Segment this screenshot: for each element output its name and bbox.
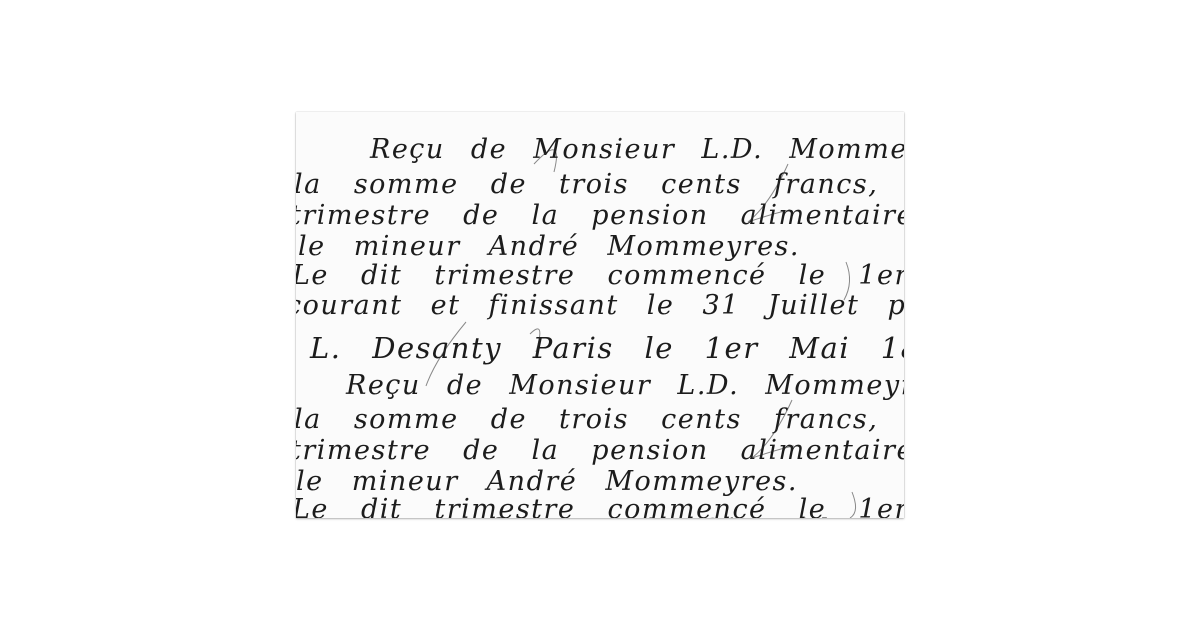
handwriting-line: courant et finissant le 31 Juillet proch…: [296, 516, 904, 518]
handwriting-line: Le dit trimestre commencé le 1er Mai: [296, 262, 904, 289]
handwritten-paper-sheet: Reçu de Monsieur L.D. Mommeyres la somme…: [296, 112, 904, 518]
handwriting-line: Reçu de Monsieur L.D. Mommeyres: [346, 372, 904, 399]
product-canvas: Reçu de Monsieur L.D. Mommeyres la somme…: [0, 0, 1200, 630]
handwriting-line: la somme de trois cents francs, pour un: [296, 171, 904, 198]
handwriting-line: courant et finissant le 31 Juillet proch…: [296, 292, 904, 319]
handwriting-line: le mineur André Mommeyres.: [296, 468, 798, 495]
handwriting-line: trimestre de la pension alimentaire pour: [296, 202, 904, 229]
handwriting-line: Reçu de Monsieur L.D. Mommeyres: [370, 136, 904, 163]
signature-date-line: L. Desanty Paris le 1er Mai 1890: [310, 334, 904, 363]
handwriting-line: la somme de trois cents francs, pour un: [296, 406, 904, 433]
handwriting-line: trimestre de la pension alimentaire pour: [296, 437, 904, 464]
handwriting-line: le mineur André Mommeyres.: [298, 233, 800, 260]
